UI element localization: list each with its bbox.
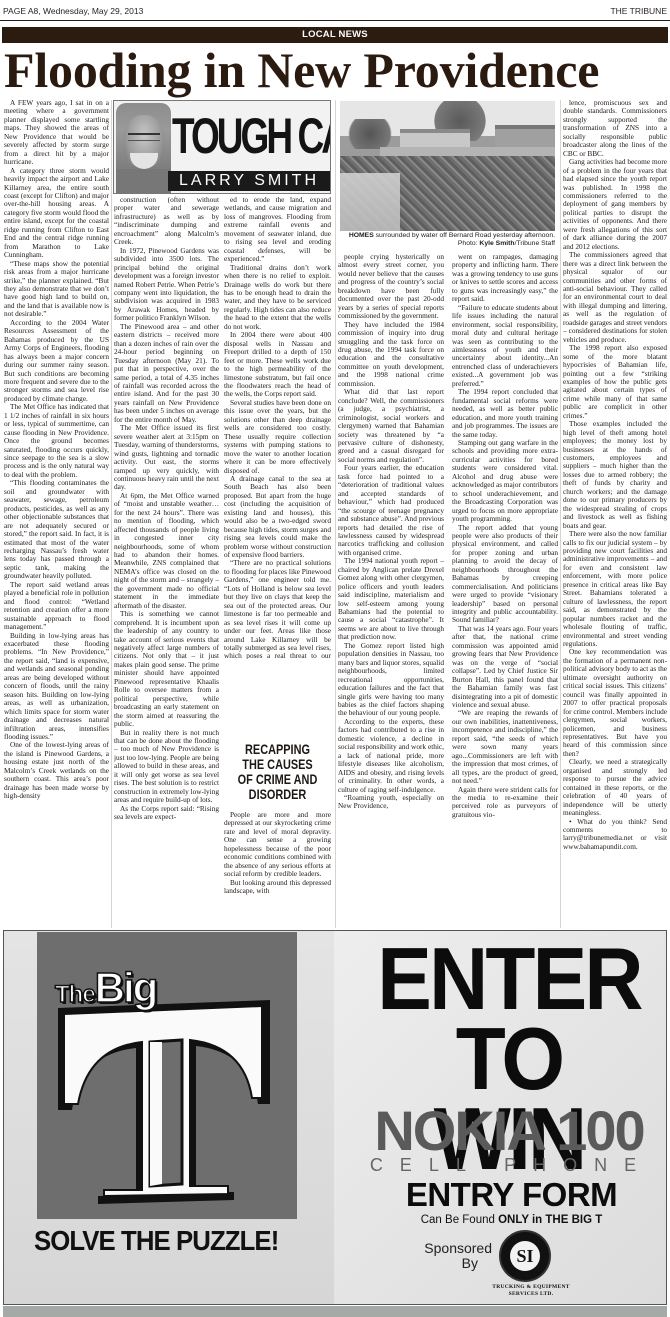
article-paragraph: The Met Office issued its first severe w… xyxy=(114,424,219,492)
sponsor-name: TRUCKING & EQUIPMENT SERVICES LTD. xyxy=(476,1284,586,1298)
article-paragraph: The Met Office has indicated that 1 1/2 … xyxy=(4,403,109,479)
article-paragraph: A drainage canal to the sea at South Bea… xyxy=(224,475,331,560)
article-paragraph: They have included the 1984 commission o… xyxy=(338,321,444,389)
article-paragraph: “This flooding contaminates the soil and… xyxy=(4,479,109,580)
article-paragraph: There were also the now familiar calls t… xyxy=(563,530,667,648)
article-paragraph: But in reality there is not much that ca… xyxy=(114,729,219,805)
article-paragraph: In 2004 there were about 400 disposal we… xyxy=(224,331,331,399)
article-paragraph: A category three storm would heavily imp… xyxy=(4,167,109,260)
ad-product: NOKIA 100 xyxy=(359,1106,659,1156)
big-t-logo-icon xyxy=(54,996,276,1206)
article-paragraph: At 6pm, the Met Office warned of “moist … xyxy=(114,492,219,610)
ad-entry-form: ENTRY FORM xyxy=(369,1177,654,1213)
article-paragraph: • What do you think? Send comments to la… xyxy=(563,818,667,852)
page-header: PAGE A8, Wednesday, May 29, 2013 THE TRI… xyxy=(0,0,670,20)
article-paragraph: The 1998 report also exposed some of the… xyxy=(563,344,667,420)
article-paragraph: What did that last report conclude? Well… xyxy=(338,388,444,464)
ad-tagline: SOLVE THE PUZZLE! xyxy=(34,1226,282,1256)
article-paragraph: Four years earlier, the education task f… xyxy=(338,464,444,557)
article-paragraph: The 1994 national youth report – chaired… xyxy=(338,557,444,642)
column-author: LARRY SMITH xyxy=(168,171,330,191)
article-paragraph: Gang activities had become more of a pro… xyxy=(563,158,667,251)
article-paragraph: People are more and more depressed at ou… xyxy=(224,811,331,879)
article-paragraph: The 1994 report concluded that fundament… xyxy=(452,388,558,439)
article-paragraph: “We are reaping the rewards of our own i… xyxy=(452,709,558,785)
article-paragraph: lence, promiscuous sex and double standa… xyxy=(563,99,667,158)
article-paragraph: Several studies have been done on this i… xyxy=(224,399,331,475)
article-paragraph: went on rampages, damaging property and … xyxy=(452,253,558,304)
article-paragraph: “Failure to educate students about life … xyxy=(452,304,558,389)
article-subhead: RECAPPING THE CAUSES OF CRIME AND DISORD… xyxy=(236,742,319,802)
article-paragraph: That was 14 years ago. Four years after … xyxy=(452,625,558,710)
flood-photo xyxy=(340,101,555,231)
article-paragraph: The Pinewood area – and other eastern di… xyxy=(114,323,219,424)
column-divider xyxy=(560,100,561,928)
article-paragraph: The commissioners agreed that there was … xyxy=(563,251,667,344)
article-paragraph: As the Corps report said: “Rising sea le… xyxy=(114,805,219,822)
column-title: TOUGH CALL xyxy=(172,103,330,169)
article-column-2: construction (often without proper water… xyxy=(114,196,219,929)
article-paragraph: “There are no practical solutions to flo… xyxy=(224,559,331,659)
column-divider xyxy=(335,100,336,928)
article-column-1: A FEW years ago, I sat in on a meeting w… xyxy=(4,99,109,929)
article-column-3: ed to erode the land, expand wetlands, a… xyxy=(224,196,331,659)
article-paragraph: One key recommendation was the formation… xyxy=(563,648,667,758)
publication-name: THE TRIBUNE xyxy=(610,6,667,16)
sponsor-logo-icon: SI xyxy=(499,1230,551,1282)
page-info: PAGE A8, Wednesday, May 29, 2013 xyxy=(3,6,143,16)
page-bottom-bar xyxy=(3,1306,667,1317)
article-paragraph: One of the lowest-lying areas of the isl… xyxy=(4,741,109,800)
article-paragraph: people crying hysterically on almost eve… xyxy=(338,253,444,321)
author-photo xyxy=(116,103,171,193)
article-paragraph: Traditional drains don’t work when there… xyxy=(224,264,331,332)
article-paragraph: But looking around this depressed landsc… xyxy=(224,879,331,896)
article-paragraph: The Gomez report listed high population … xyxy=(338,642,444,718)
article-paragraph: Stamping out gang warfare in the schools… xyxy=(452,439,558,524)
photo-caption: HOMES surrounded by water off Bernard Ro… xyxy=(340,232,555,248)
article-paragraph: According to the 2004 Water Resources As… xyxy=(4,319,109,404)
big-t-logo-text: TheBig xyxy=(55,964,156,1012)
article-paragraph: A FEW years ago, I sat in on a meeting w… xyxy=(4,99,109,167)
article-paragraph: “Roaming youth, especially on New Provid… xyxy=(338,794,444,811)
article-column-4: people crying hysterically on almost eve… xyxy=(338,253,444,929)
ad-found-text: Can Be Found ONLY in THE BIG T xyxy=(369,1213,654,1227)
article-paragraph: “These maps show the potential risk area… xyxy=(4,260,109,319)
article-paragraph: The report said wetland areas played a b… xyxy=(4,581,109,632)
article-paragraph: Those examples included the high level o… xyxy=(563,420,667,530)
article-paragraph: ed to erode the land, expand wetlands, a… xyxy=(224,196,331,264)
article-paragraph: Clearly, we need a strategically organis… xyxy=(563,758,667,817)
article-paragraph: In 1972, Pinewood Gardens was subdivided… xyxy=(114,247,219,323)
column-divider xyxy=(111,100,112,928)
article-paragraph: According to the experts, these factors … xyxy=(338,718,444,794)
article-paragraph: This is something we cannot comprehend. … xyxy=(114,610,219,728)
article-paragraph: Building in low-lying areas has exacerba… xyxy=(4,632,109,742)
article-column-3-continued: People are more and more depressed at ou… xyxy=(224,811,331,929)
ad-sponsored-label: Sponsored By xyxy=(422,1241,492,1271)
header-divider xyxy=(0,20,670,21)
article-paragraph: The report added that young people were … xyxy=(452,524,558,625)
column-banner: TOUGH CALL LARRY SMITH xyxy=(113,100,331,194)
article-column-6: lence, promiscuous sex and double standa… xyxy=(563,99,667,929)
section-label: LOCAL NEWS xyxy=(2,27,668,43)
ad-product-sub: CELL PHONE xyxy=(369,1155,654,1175)
article-paragraph: Again there were strident calls for the … xyxy=(452,786,558,820)
article-headline: Flooding in New Providence xyxy=(4,44,670,96)
advertisement[interactable]: TheBig SOLVE THE PUZZLE! ENTER TO WIN NO… xyxy=(3,930,667,1305)
article-paragraph: construction (often without proper water… xyxy=(114,196,219,247)
article-column-5: went on rampages, damaging property and … xyxy=(452,253,558,929)
